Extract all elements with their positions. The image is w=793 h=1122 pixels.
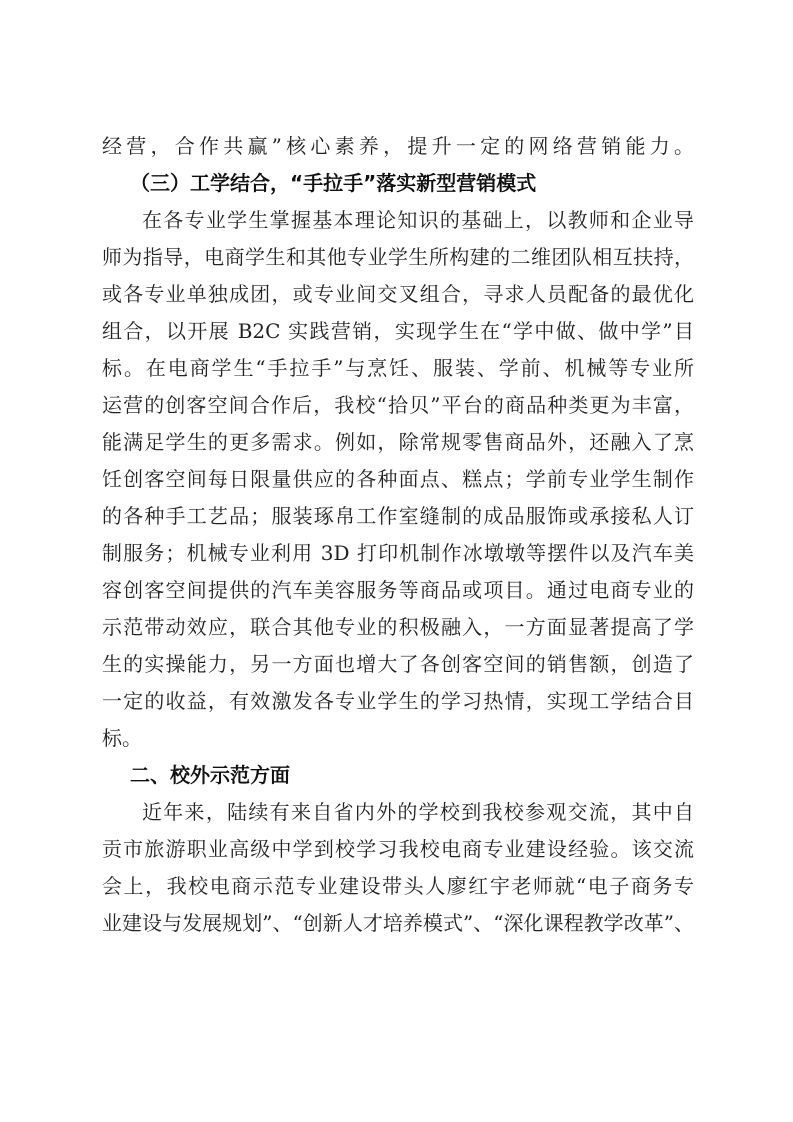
paragraph-line: 能满足学生的更多需求。例如，除常规零售商品外，还融入了烹 (102, 424, 694, 461)
paragraph-line: 会上，我校电商示范专业建设带头人廖红宇老师就“电子商务专 (102, 868, 694, 905)
paragraph-line: 标。在电商学生“手拉手”与烹饪、服装、学前、机械等专业所 (102, 350, 694, 387)
section-3-paragraph: 在各专业学生掌握基本理论知识的基础上，以教师和企业导 师为指导，电商学生和其他专… (102, 202, 694, 757)
paragraph-line: 或各专业单独成团，或专业间交叉组合，寻求人员配备的最优化 (102, 276, 694, 313)
paragraph-line: 容创客空间提供的汽车美容服务等商品或项目。通过电商专业的 (102, 572, 694, 609)
section-heading-2: 二、校外示范方面 (102, 757, 694, 794)
paragraph-line: 制服务；机械专业利用 3D 打印机制作冰墩墩等摆件以及汽车美 (102, 535, 694, 572)
paragraph-line: 组合，以开展 B2C 实践营销，实现学生在“学中做、做中学”目 (102, 313, 694, 350)
section-2-paragraph: 近年来，陆续有来自省内外的学校到我校参观交流，其中自 贡市旅游职业高级中学到校学… (102, 794, 694, 942)
section-heading-3: （三）工学结合，“手拉手”落实新型营销模式 (102, 165, 694, 202)
paragraph-line: 标。 (102, 720, 694, 757)
paragraph-line: 贡市旅游职业高级中学到校学习我校电商专业建设经验。该交流 (102, 831, 694, 868)
paragraph-line: 一定的收益，有效激发各专业学生的学习热情，实现工学结合目 (102, 683, 694, 720)
paragraph-line: 业建设与发展规划”、“创新人才培养模式”、“深化课程教学改革”、 (102, 905, 694, 942)
paragraph-line: 生的实操能力，另一方面也增大了各创客空间的销售额，创造了 (102, 646, 694, 683)
paragraph-line: 饪创客空间每日限量供应的各种面点、糕点；学前专业学生制作 (102, 461, 694, 498)
paragraph-line: 师为指导，电商学生和其他专业学生所构建的二维团队相互扶持， (102, 239, 694, 276)
paragraph-line: 经营，合作共赢”核心素养，提升一定的网络营销能力。 (102, 128, 694, 165)
document-page: 经营，合作共赢”核心素养，提升一定的网络营销能力。 （三）工学结合，“手拉手”落… (102, 128, 694, 942)
paragraph-line: 在各专业学生掌握基本理论知识的基础上，以教师和企业导 (102, 202, 694, 239)
paragraph-line: 示范带动效应，联合其他专业的积极融入，一方面显著提高了学 (102, 609, 694, 646)
paragraph-line: 运营的创客空间合作后，我校“拾贝”平台的商品种类更为丰富， (102, 387, 694, 424)
paragraph-line: 近年来，陆续有来自省内外的学校到我校参观交流，其中自 (102, 794, 694, 831)
paragraph-line: 的各种手工艺品；服装琢帛工作室缝制的成品服饰或承接私人订 (102, 498, 694, 535)
